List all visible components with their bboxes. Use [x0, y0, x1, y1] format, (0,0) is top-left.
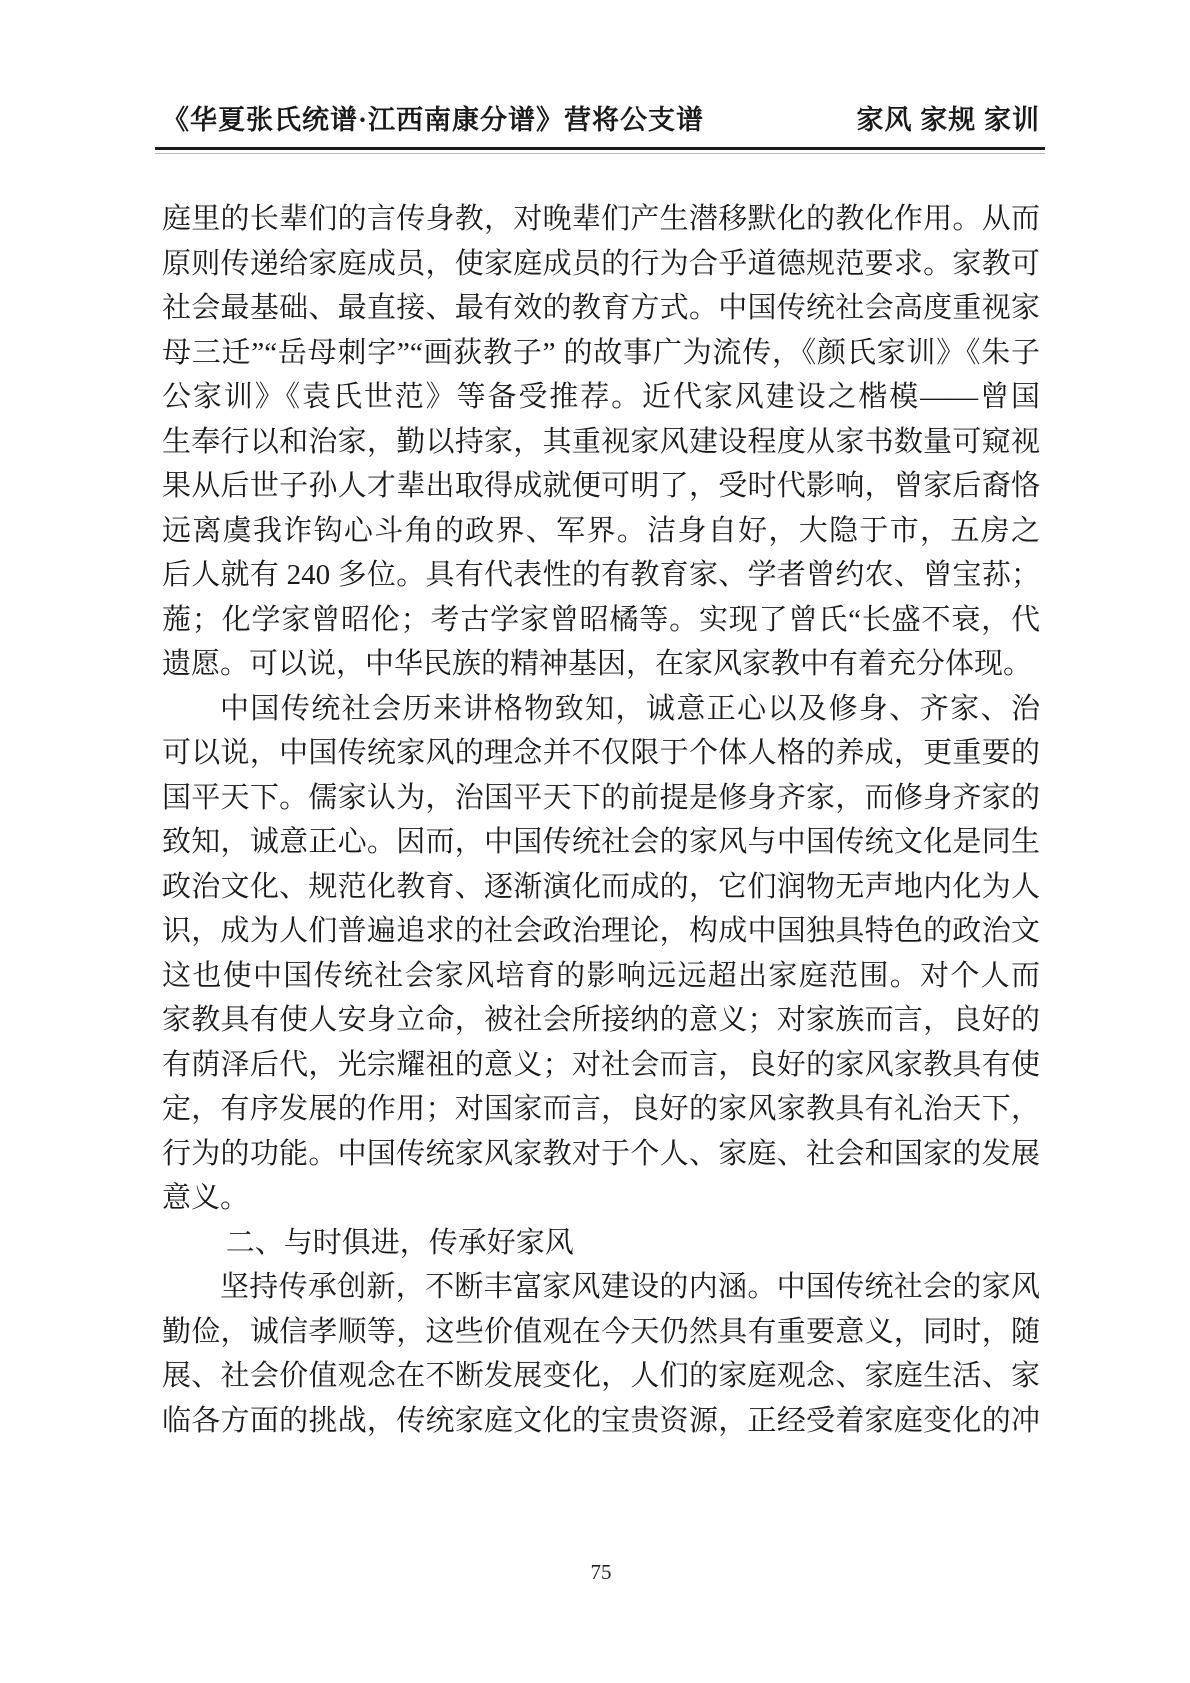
section-heading: 二、与时俱进，传承好家风 [162, 1221, 1040, 1266]
text-line: 后人就有 240 多位。具有代表性的有教育家、学者曾约农、曾宝荪；翻译家曾宝 [162, 553, 1040, 598]
text-line: 致知，诚意正心。因而，中国传统社会的家风与中国传统文化是同生共体的。与 [162, 820, 1040, 865]
header-divider [155, 147, 1045, 154]
text-line: 展、社会价值观念在不断发展变化，人们的家庭观念、家庭生活、家庭建设正面 [162, 1354, 1040, 1399]
text-line: 公家训》《袁氏世范》等备受推荐。近代家风建设之楷模——曾国藩。文正公一 [162, 375, 1040, 420]
page-number: 75 [591, 1560, 612, 1584]
text-line: 临各方面的挑战，传统家庭文化的宝贵资源，正经受着家庭变化的冲击；城乡变 [162, 1399, 1040, 1444]
text-line: 果从后世子孙人才辈出取得成就便可明了，受时代影响，曾家后裔恪遵先祖遗言， [162, 464, 1040, 509]
text-line: 坚持传承创新，不断丰富家风建设的内涵。中国传统社会的家风倡导仁爱、 [162, 1265, 1040, 1310]
text-line: 家教具有使人安身立命，被社会所接纳的意义；对家族而言，良好的家风家教具 [162, 998, 1040, 1043]
text-line: 母三迁”“岳母刺字”“画荻教子” 的故事广为流传，《颜氏家训》《朱子家训》《温 [162, 331, 1040, 376]
text-line: 葹；化学家曾昭伦；考古学家曾昭橘等。实现了曾氏“长盛不衰，代有人才”的 [162, 598, 1040, 643]
text-line: 识，成为人们普遍追求的社会政治理论，构成中国独具特色的政治文化教育资源。 [162, 909, 1040, 954]
text-line: 可以说，中国传统家风的理念并不仅限于个体人格的养成，更重要的旨趣在于治 [162, 731, 1040, 776]
text-line: 政治文化、规范化教育、逐渐演化而成的，它们润物无声地内化为人们的集体意 [162, 865, 1040, 910]
text-line: 有荫泽后代，光宗耀祖的意义；对社会而言，良好的家风家教具有使社会和谐稳 [162, 1043, 1040, 1088]
header-title-left: 《华夏张氏统谱·江西南康分谱》营将公支谱 [162, 102, 704, 138]
text-line: 社会最基础、最直接、最有效的教育方式。中国传统社会高度重视家风家教。“孟 [162, 286, 1040, 331]
page-header: 《华夏张氏统谱·江西南康分谱》营将公支谱 家风 家规 家训 [162, 102, 1040, 138]
page-footer: 75 [162, 1560, 1040, 1585]
body-text: 庭里的长辈们的言传身教，对晚辈们产生潜移默化的教化作用。从而把道德规范、原则传递… [162, 197, 1040, 1443]
text-line: 行为的功能。中国传统家风家教对于个人、家庭、社会和国家的发展都具有重要 [162, 1132, 1040, 1177]
text-line: 这也使中国传统社会家风培育的影响远远超出家庭范围。对个人而言，良好家风 [162, 954, 1040, 999]
text-line: 原则传递给家庭成员，使家庭成员的行为合乎道德规范要求。家教可以说是一个 [162, 242, 1040, 287]
text-line: 遗愿。可以说，中华民族的精神基因，在家风家教中有着充分体现。 [162, 642, 1040, 687]
text-line: 中国传统社会历来讲格物致知，诚意正心以及修身、齐家、治国、平天下。 [162, 687, 1040, 732]
text-line: 意义。 [162, 1176, 1040, 1221]
text-line: 远离虞我诈钩心斗角的政界、军界。洁身自好，大隐于市，五房之内，有成就的 [162, 509, 1040, 554]
document-page: 《华夏张氏统谱·江西南康分谱》营将公支谱 家风 家规 家训 庭里的长辈们的言传身… [0, 0, 1190, 1683]
text-line: 庭里的长辈们的言传身教，对晚辈们产生潜移默化的教化作用。从而把道德规范、 [162, 197, 1040, 242]
text-line: 生奉行以和治家，勤以持家，其重视家风建设程度从家书数量可窥视一斑，而效 [162, 420, 1040, 465]
text-line: 定，有序发展的作用；对国家而言，良好的家风家教具有礼治天下，约束为政者 [162, 1087, 1040, 1132]
header-title-right: 家风 家规 家训 [857, 102, 1041, 138]
text-line: 国平天下。儒家认为，治国平天下的前提是修身齐家，而修身齐家的起点是格物 [162, 776, 1040, 821]
text-line: 勤俭，诚信孝顺等，这些价值观在今天仍然具有重要意义，同时，随着时代的发 [162, 1310, 1040, 1355]
